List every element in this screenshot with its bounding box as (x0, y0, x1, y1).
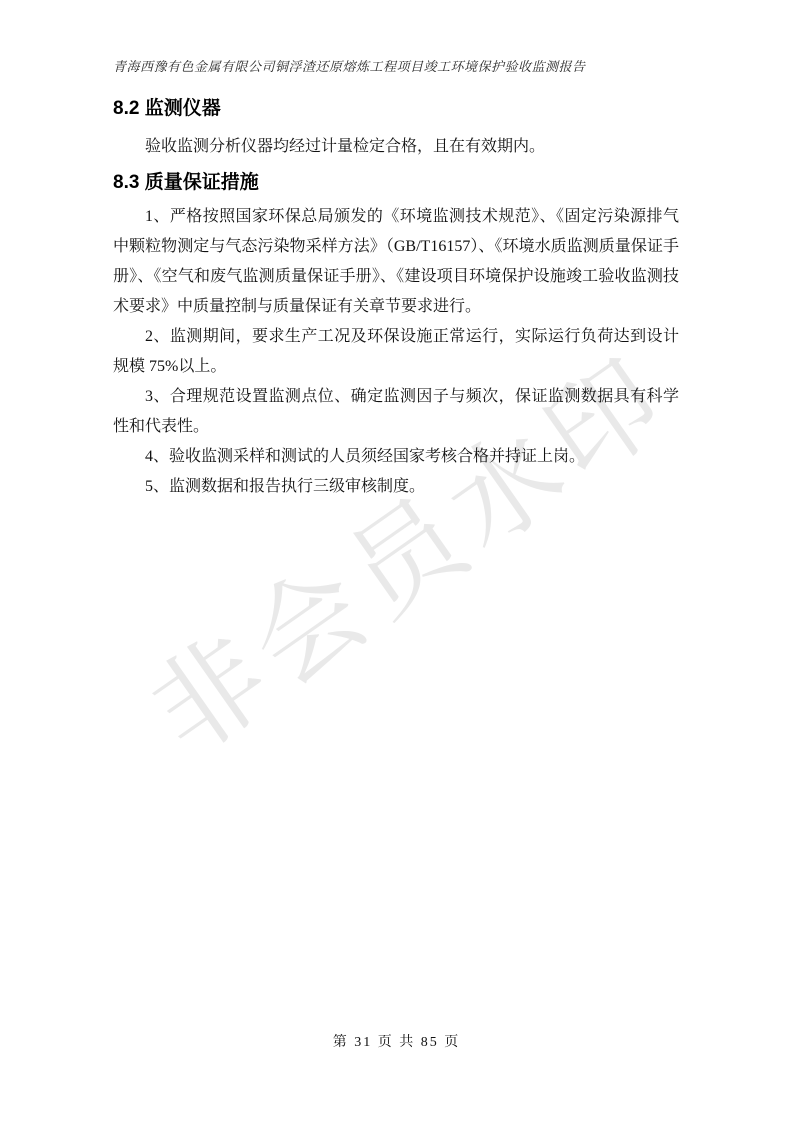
quality-measure-item-5: 5、监测数据和报告执行三级审核制度。 (113, 472, 679, 502)
document-page: 非会员水印 青海西豫有色金属有限公司铜浮渣还原熔炼工程项目竣工环境保护验收监测报… (0, 0, 793, 1122)
page-number-footer: 第 31 页 共 85 页 (0, 1034, 793, 1052)
running-header: 青海西豫有色金属有限公司铜浮渣还原熔炼工程项目竣工环境保护验收监测报告 (113, 58, 679, 76)
quality-measure-item-3: 3、合理规范设置监测点位、确定监测因子与频次，保证监测数据具有科学性和代表性。 (113, 382, 679, 442)
section-8-2-paragraph: 验收监测分析仪器均经过计量检定合格，且在有效期内。 (113, 132, 679, 162)
page-content: 青海西豫有色金属有限公司铜浮渣还原熔炼工程项目竣工环境保护验收监测报告 8.2 … (0, 0, 793, 502)
section-heading-8-2: 8.2 监测仪器 (113, 96, 679, 122)
section-heading-8-3: 8.3 质量保证措施 (113, 170, 679, 196)
quality-measure-item-2: 2、监测期间，要求生产工况及环保设施正常运行，实际运行负荷达到设计规模 75%以… (113, 322, 679, 382)
quality-measure-item-1: 1、严格按照国家环保总局颁发的《环境监测技术规范》、《固定污染源排气中颗粒物测定… (113, 202, 679, 322)
quality-measure-item-4: 4、验收监测采样和测试的人员须经国家考核合格并持证上岗。 (113, 442, 679, 472)
